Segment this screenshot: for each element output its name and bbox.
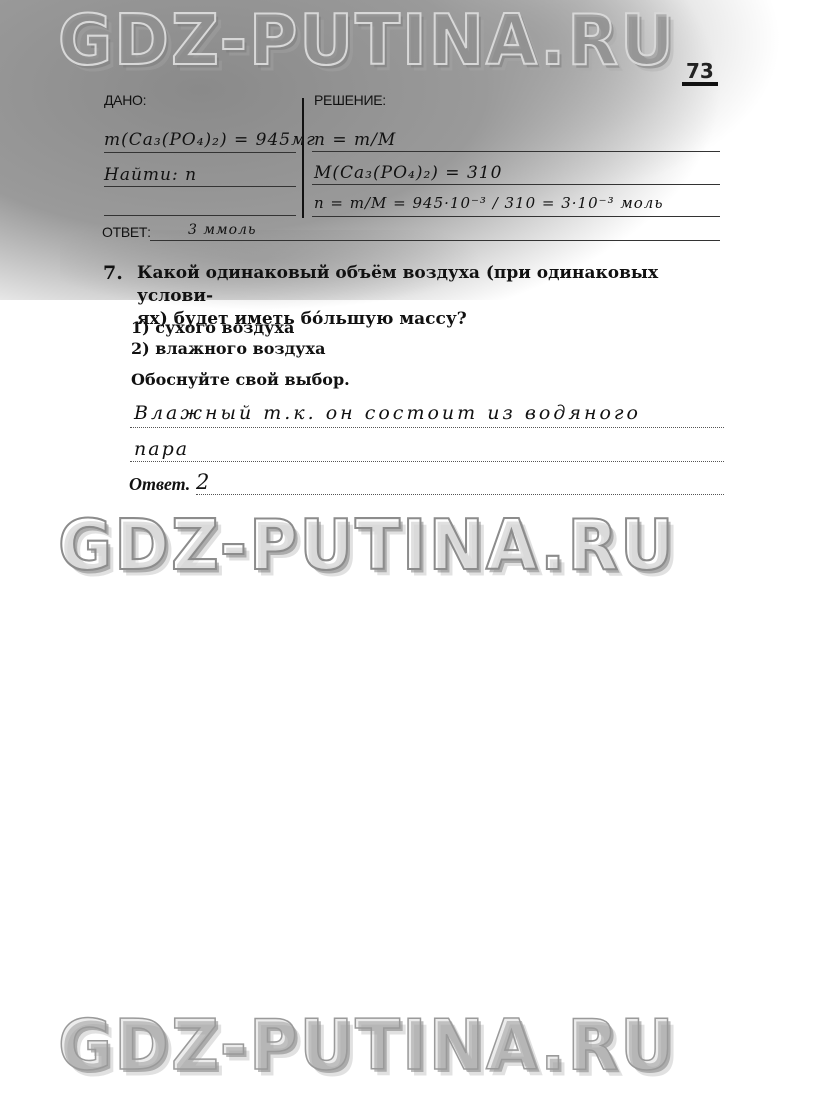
option-1: 1) сухого воздуха [131,318,294,337]
answer-label: ОТВЕТ: [102,224,151,240]
given-find: Найти: n [104,165,197,185]
watermark-bottom: GDZ-PUTINA.RU [58,1011,778,1080]
solution-formula: n = m/M [314,130,396,150]
question-number: 7. [103,262,123,284]
given-solution-divider [302,98,304,218]
handwritten-reason-line-1: Влажный т.к. он состоит из водяного [134,402,641,424]
answer-value: 3 ммоль [188,222,257,238]
solution-calculation: n = m/M = 945·10⁻³ / 310 = 3·10⁻³ моль [314,194,664,212]
solution-rule [312,151,720,152]
given-rule [104,152,296,153]
answer-value: 2 [196,470,210,494]
reason-rule [130,461,724,463]
solution-label: РЕШЕНИЕ: [314,92,386,108]
watermark-top: GDZ-PUTINA.RU [58,6,778,75]
given-mass: m(Ca₃(PO₄)₂) = 945мг [104,130,316,150]
given-rule [104,215,296,216]
answer-rule [150,240,720,241]
handwritten-reason-line-2: пара [134,438,189,460]
option-2: 2) влажного воздуха [131,339,325,358]
question-line-1: Какой одинаковый объём воздуха (при один… [137,262,737,308]
page-number: 73 [682,60,718,86]
watermark-middle: GDZ-PUTINA.RU [58,511,778,580]
solution-rule [312,184,720,185]
given-rule [104,186,296,187]
justify-prompt: Обоснуйте свой выбор. [131,370,350,389]
given-label: ДАНО: [104,92,146,108]
solution-rule [312,216,720,217]
reason-rule [130,427,724,429]
answer-rule [196,494,724,496]
solution-molar-mass: M(Ca₃(PO₄)₂) = 310 [314,163,502,183]
answer-label: Ответ. [129,474,190,495]
